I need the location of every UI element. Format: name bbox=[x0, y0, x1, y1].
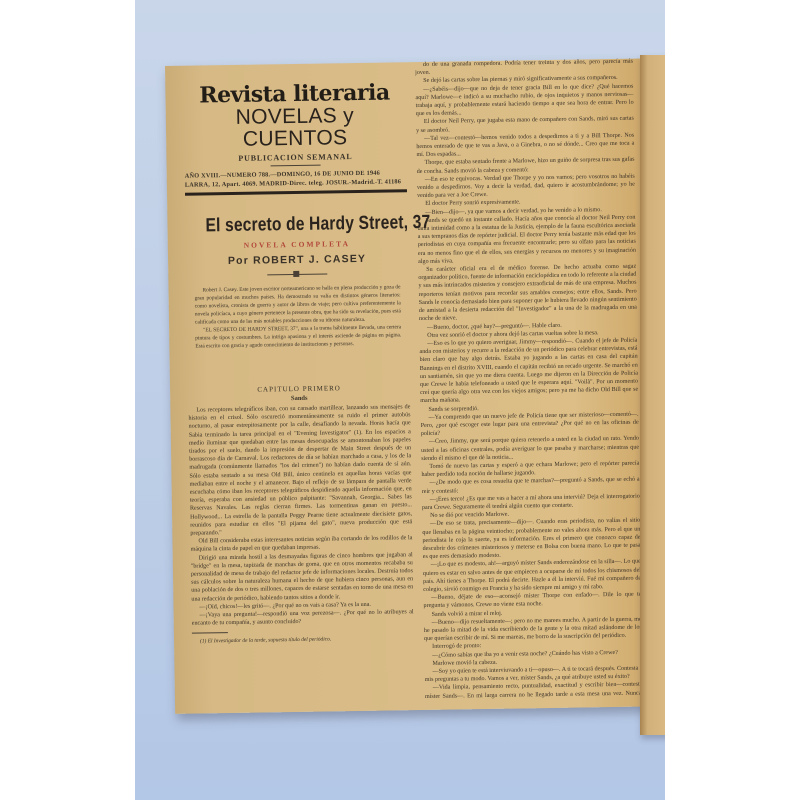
intro-paragraph: "EL SECRETO DE HARDY STREET, 37", una a … bbox=[195, 323, 401, 350]
body-paragraph: —De eso se trata, precisamente—dijo—. Cu… bbox=[422, 517, 641, 561]
body-paragraph: Los receptores telegráficos iban, con su… bbox=[188, 403, 412, 538]
masthead-title: Revista literaria bbox=[183, 80, 405, 107]
masthead-frequency: PUBLICACION SEMANAL bbox=[184, 151, 406, 163]
body-paragraph: Su carácter oficial era el de médico for… bbox=[418, 263, 637, 324]
body-paragraph: —Creo, Jimmy, que será porque quiera ret… bbox=[421, 435, 639, 463]
body-paragraph: —¿Sabéis—dijo—que no deja de tener graci… bbox=[415, 82, 633, 118]
left-body-text: Los receptores telegráficos iban, con su… bbox=[188, 403, 413, 626]
body-paragraph: —Tal vez—contestó—hemos venido todos a d… bbox=[416, 131, 634, 159]
ornament-divider bbox=[267, 273, 327, 275]
intro-paragraph: Robert J. Casey. Este joven escritor nor… bbox=[194, 283, 401, 326]
masthead-rule bbox=[185, 189, 407, 195]
divider bbox=[271, 165, 321, 167]
body-paragraph: —Bueno—dijo resueltamente—; pero no me m… bbox=[424, 615, 642, 643]
story-author: Por ROBERT J. CASEY bbox=[186, 252, 408, 267]
story-intro: Robert J. Casey. Este joven escritor nor… bbox=[186, 283, 409, 350]
body-paragraph: —Eso es lo que yo quiero averiguar, Jimm… bbox=[419, 337, 638, 406]
right-body-text: do de una granada rompedora. Podría tene… bbox=[415, 58, 643, 701]
footnote-rule bbox=[192, 632, 228, 634]
story-title: El secreto de Hardy Street, 37 bbox=[205, 213, 387, 238]
body-paragraph: —Ya comprendo que un nuevo jefe de Polic… bbox=[420, 410, 638, 438]
right-column: do de una granada rompedora. Podría tene… bbox=[415, 55, 643, 701]
chapter-subtitle: Sands bbox=[188, 393, 410, 403]
magazine-page: Revista literaria NOVELAS y CUENTOS PUBL… bbox=[165, 59, 650, 714]
body-paragraph: —En eso te equivocas. Verdad que Thorpe … bbox=[417, 172, 635, 200]
body-paragraph: Dirigió una mirada hostil a las desmayad… bbox=[191, 551, 414, 604]
left-column: Revista literaria NOVELAS y CUENTOS PUBL… bbox=[183, 80, 414, 644]
body-paragraph: Sands se quedó un instante callado. Hací… bbox=[417, 213, 636, 266]
masthead-subtitle: NOVELAS y CUENTOS bbox=[184, 104, 407, 151]
story-subtitle: NOVELA COMPLETA bbox=[186, 238, 408, 250]
footnote: (1) El Investigador de la tarde, supuest… bbox=[192, 635, 414, 644]
body-paragraph: —¡Vaya una pregunta!—respondió una voz p… bbox=[192, 608, 414, 626]
body-paragraph: —¡Lo que es modesto, ah!—arguyó míster S… bbox=[423, 558, 641, 594]
photo-backdrop: Revista literaria NOVELAS y CUENTOS PUBL… bbox=[135, 0, 665, 800]
body-paragraph: —Vida limpia, pensamiento recto, puntual… bbox=[425, 681, 643, 701]
adjacent-page-edge bbox=[640, 55, 665, 735]
